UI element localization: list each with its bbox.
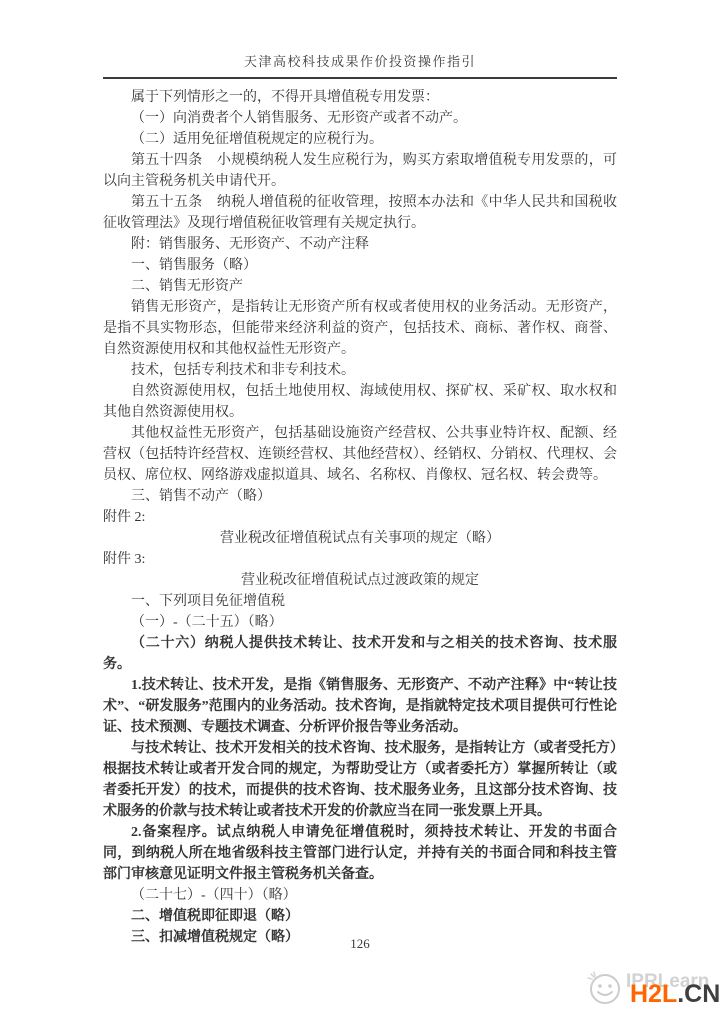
paragraph: 二、销售无形资产 <box>103 276 617 297</box>
paragraph: 2.备案程序。试点纳税人申请免征增值税时，须持技术转让、开发的书面合同，到纳税人… <box>103 822 617 885</box>
paragraph: 销售无形资产，是指转让无形资产所有权或者使用权的业务活动。无形资产，是指不具实物… <box>103 297 617 360</box>
watermark-brand: H2L.CN <box>630 981 720 1008</box>
page-number: 126 <box>0 936 720 952</box>
paragraph: 第五十四条 小规模纳税人发生应税行为，购买方索取增值税专用发票的，可以向主管税务… <box>103 150 617 192</box>
watermark-brand-suffix: .CN <box>677 980 720 1008</box>
document-page: { "page": { "header_title": "天津高校科技成果作价投… <box>0 0 720 1018</box>
paragraph: 与技术转让、技术开发相关的技术咨询、技术服务，是指转让方（或者受托方）根据技术转… <box>103 738 617 822</box>
paragraph: 1.技术转让、技术开发，是指《销售服务、无形资产、不动产注释》中“转让技术”、“… <box>103 675 617 738</box>
paragraph: （二）适用免征增值税规定的应税行为。 <box>103 129 617 150</box>
document-body: 属于下列情形之一的，不得开具增值税专用发票： （一）向消费者个人销售服务、无形资… <box>103 87 617 948</box>
header-rule <box>103 77 617 79</box>
paragraph: （二十六）纳税人提供技术转让、技术开发和与之相关的技术咨询、技术服务。 <box>103 633 617 675</box>
attachment-label: 附件 2: <box>103 507 617 528</box>
paragraph: （一）-（二十五）（略） <box>103 612 617 633</box>
paragraph: 其他权益性无形资产，包括基础设施资产经营权、公共事业特许权、配额、经营权（包括特… <box>103 423 617 486</box>
paragraph: 第五十五条 纳税人增值税的征收管理，按照本办法和《中华人民共和国税收征收管理法》… <box>103 192 617 234</box>
paragraph: 三、销售不动产（略） <box>103 486 617 507</box>
paragraph: （一）向消费者个人销售服务、无形资产或者不动产。 <box>103 108 617 129</box>
attachment-title: 营业税改征增值税试点有关事项的规定（略） <box>103 528 617 549</box>
paragraph: 自然资源使用权，包括土地使用权、海域使用权、探矿权、采矿权、取水权和其他自然资源… <box>103 381 617 423</box>
watermark-brand-main: H2L <box>630 980 677 1008</box>
paragraph: 属于下列情形之一的，不得开具增值税专用发票： <box>103 87 617 108</box>
attachment-title: 营业税改征增值税试点过渡政策的规定 <box>103 570 617 591</box>
watermark: IPRLearn H2L.CN <box>580 962 720 1016</box>
attachment-label: 附件 3: <box>103 549 617 570</box>
paragraph: 一、销售服务（略） <box>103 255 617 276</box>
page-header: 天津高校科技成果作价投资操作指引 <box>103 0 617 79</box>
paragraph: 技术，包括专利技术和非专利技术。 <box>103 360 617 381</box>
paragraph: （二十七）-（四十）（略） <box>103 885 617 906</box>
paragraph: 二、增值税即征即退（略） <box>103 906 617 927</box>
paragraph: 附：销售服务、无形资产、不动产注释 <box>103 234 617 255</box>
smiley-face-icon <box>585 968 623 1006</box>
header-title: 天津高校科技成果作价投资操作指引 <box>103 0 617 70</box>
paragraph: 一、下列项目免征增值税 <box>103 591 617 612</box>
